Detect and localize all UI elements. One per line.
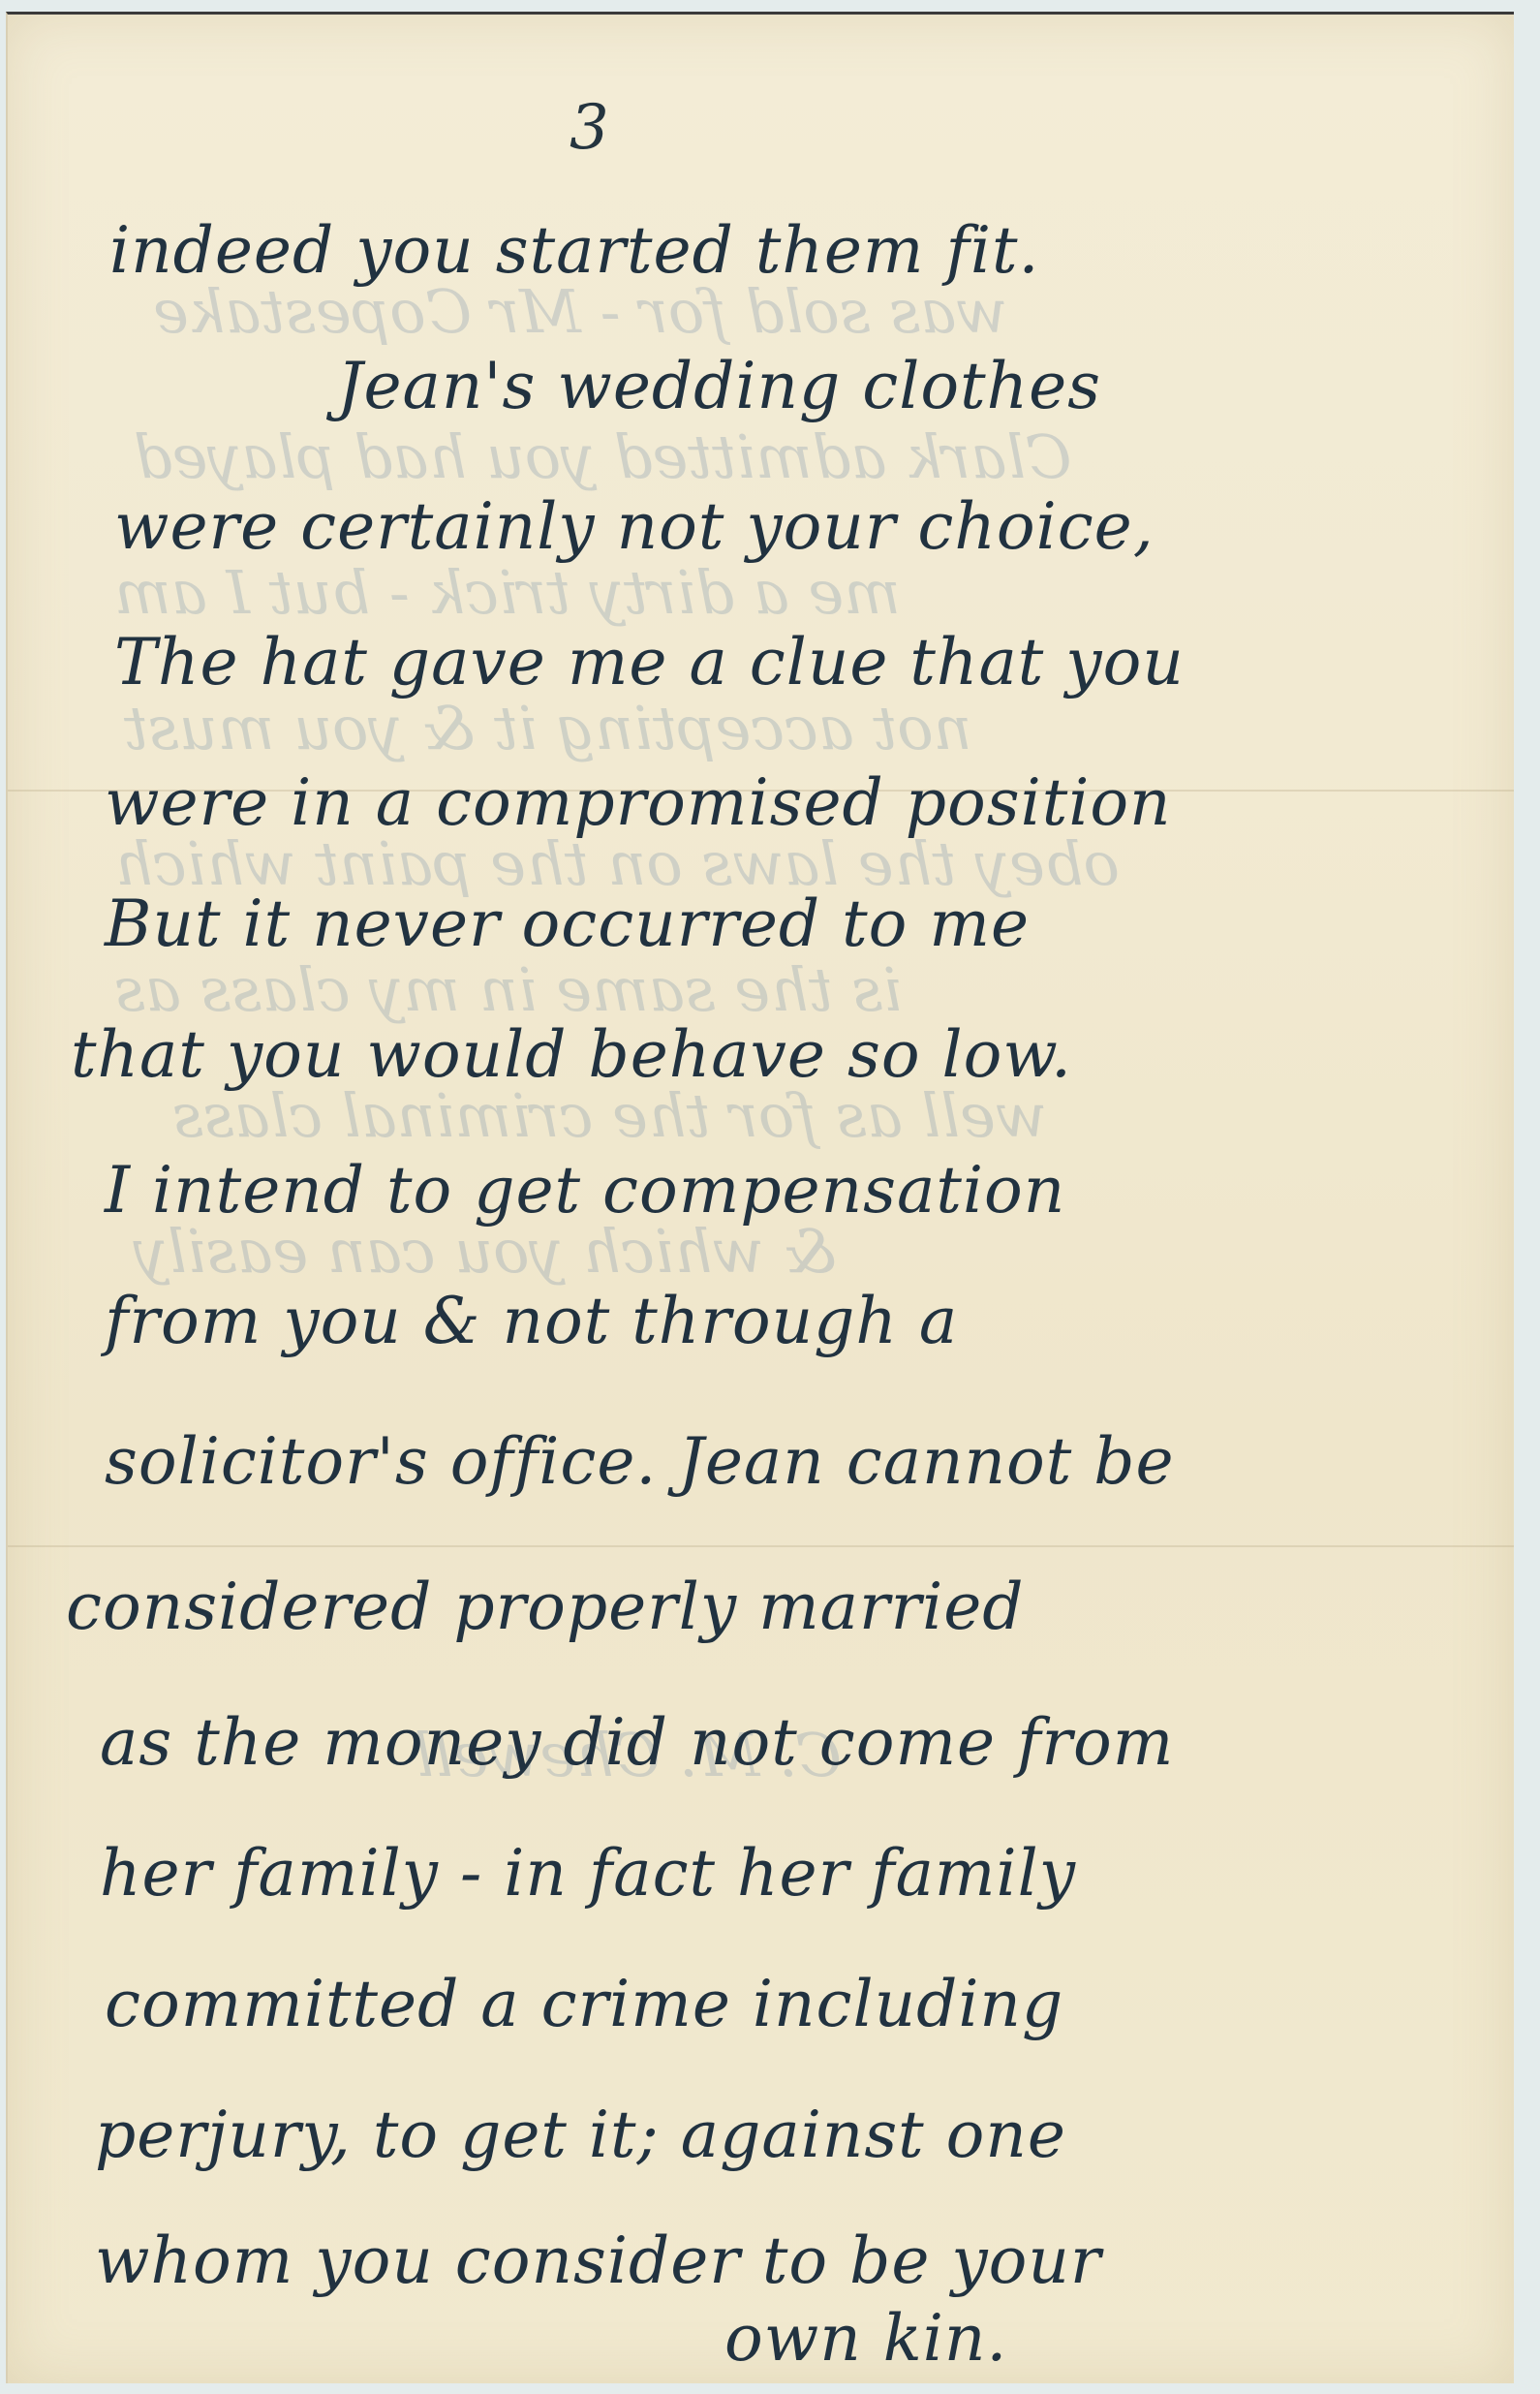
letter-line: Jean's wedding clothes	[337, 349, 1101, 423]
letter-line: were certainly not your choice,	[114, 489, 1155, 564]
page-number: 3	[570, 92, 609, 164]
letter-line: that you would behave so low.	[71, 1017, 1072, 1092]
letter-line: The hat gave me a clue that you	[114, 625, 1185, 700]
letter-line: But it never occurred to me	[105, 886, 1030, 961]
letter-line: I intend to get compensation	[105, 1153, 1065, 1228]
bleed-through-line: me a dirty trick - but I am	[114, 557, 901, 628]
letter-line: indeed you started them fit.	[109, 213, 1040, 288]
paper-fold-crease	[8, 1545, 1514, 1547]
bleed-through-line: is the same in my class as	[114, 954, 902, 1025]
letter-line: considered properly married	[66, 1570, 1025, 1644]
bleed-through-line: Clark admitted you had played	[134, 421, 1072, 492]
letter-line: as the money did not come from	[100, 1705, 1174, 1780]
letter-page: was sold for - Mr Copestake Clark admitt…	[6, 12, 1514, 2383]
letter-line: own kin.	[724, 2301, 1007, 2376]
letter-line: whom you consider to be your	[95, 2223, 1101, 2298]
letter-line: from you & not through a	[105, 1284, 958, 1358]
letter-line: solicitor's office. Jean cannot be	[105, 1424, 1175, 1499]
letter-line: perjury, to get it; against one	[95, 2098, 1066, 2172]
letter-line: her family - in fact her family	[100, 1836, 1076, 1911]
bleed-through-line: not accepting it & you must	[124, 693, 972, 763]
letter-line: committed a crime including	[105, 1967, 1063, 2041]
letter-line: were in a compromised position	[105, 765, 1172, 840]
